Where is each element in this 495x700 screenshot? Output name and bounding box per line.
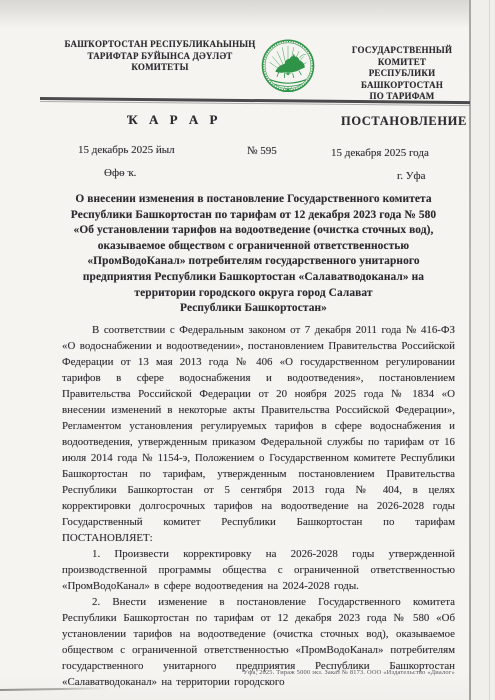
date-russian: 15 декабря 2025 года [331, 147, 429, 159]
org-name-russian-line: РЕСПУБЛИКИ БАШКОРТОСТАН [330, 68, 474, 91]
doc-type-bashkir: Ҡ А Р А Р [127, 112, 221, 128]
title-line: территории городского округа город Салав… [58, 286, 449, 302]
org-name-bashkir: БАШҠОРТОСТАН РЕСПУБЛИКАҺЫНЫҢ ТАРИФТАР БУ… [57, 39, 263, 74]
title-line: Республики Башкортостан» [58, 301, 449, 317]
decree-title: О внесении изменения в постановление Гос… [58, 192, 449, 317]
preamble-paragraph: В соответствии с Федеральным законом от … [62, 322, 455, 546]
doc-type-russian: ПОСТАНОВЛЕНИЕ [341, 114, 467, 129]
decree-number: № 595 [247, 145, 277, 157]
org-name-bashkir-line: ТАРИФТАР БУЙЫНСА ДӘҮЛӘТ [57, 51, 263, 63]
scan-artifact-line [0, 687, 108, 691]
org-name-bashkir-line: БАШҠОРТОСТАН РЕСПУБЛИКАҺЫНЫҢ [57, 39, 263, 51]
title-line: предприятия Республики Башкортостан «Сал… [58, 270, 449, 286]
title-line: оказываемое обществом с ограниченной отв… [58, 239, 449, 255]
letterhead: БАШҠОРТОСТАН РЕСПУБЛИКАҺЫНЫҢ ТАРИФТАР БУ… [0, 0, 495, 192]
print-footer: Уфа, 2025. Тираж 5000 экз. Заказ № 8173.… [243, 669, 455, 676]
place-bashkir: Өфө ҡ. [104, 167, 136, 179]
bashkortostan-coat-of-arms-icon [259, 39, 317, 96]
org-name-russian: ГОСУДАРСТВЕННЫЙ КОМИТЕТ РЕСПУБЛИКИ БАШКО… [330, 45, 474, 103]
title-line: О внесении изменения в постановление Гос… [58, 192, 449, 208]
title-line: Республики Башкортостан по тарифам от 12… [58, 208, 449, 224]
org-name-bashkir-line: КОМИТЕТЫ [57, 62, 263, 74]
scanned-decree-page: { "colors": { "paper": "#f5f4f1", "ink":… [0, 0, 495, 700]
decree-body: В соответствии с Федеральным законом от … [62, 322, 455, 690]
title-line: «ПромВодоКанал» потребителям государстве… [58, 254, 449, 270]
org-name-russian-line: ГОСУДАРСТВЕННЫЙ КОМИТЕТ [330, 45, 474, 68]
date-bashkir: 15 декабрь 2025 йыл [78, 144, 175, 156]
place-russian: г. Уфа [397, 170, 426, 182]
title-line: «Об установлении тарифов на водоотведени… [58, 223, 449, 239]
decree-item-1: 1. Произвести корректировку на 2026-2028… [62, 546, 455, 594]
